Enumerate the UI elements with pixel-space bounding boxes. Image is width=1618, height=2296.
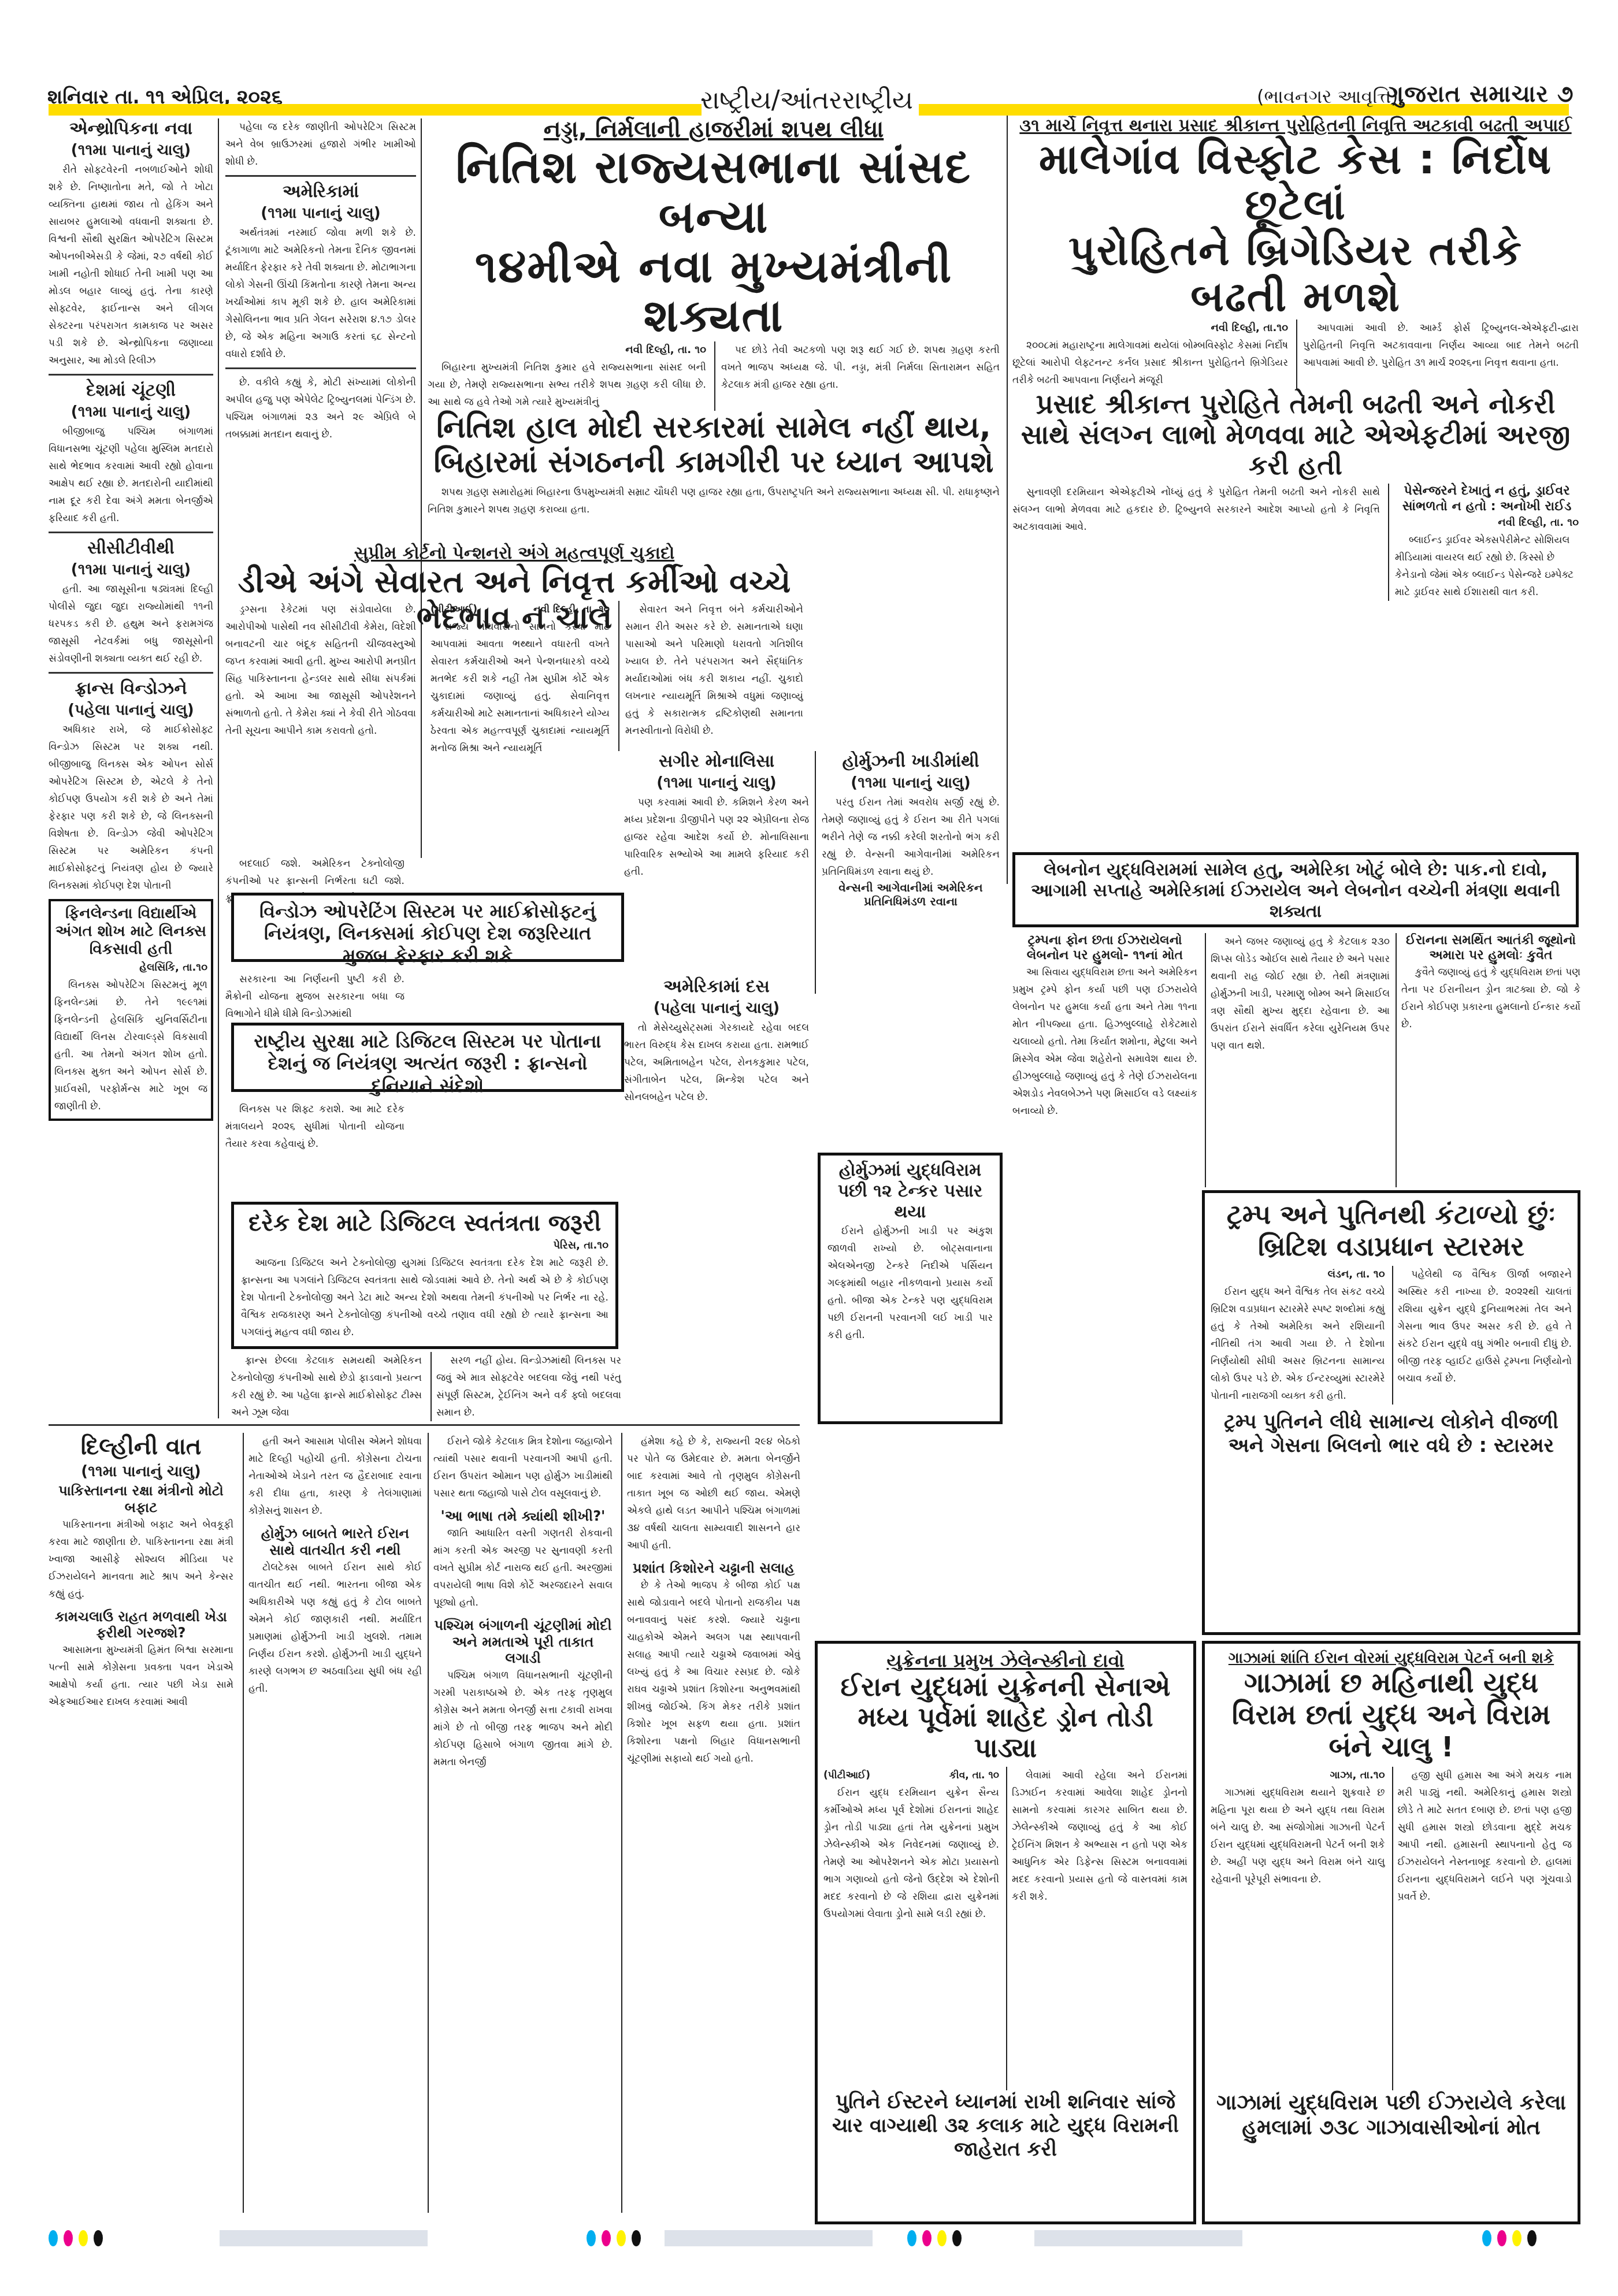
drugs-column: ડ્રગ્સના રેકેટમાં પણ સંડોવાયેલા છે. આરોપ… xyxy=(225,601,416,849)
zelensky-headline: ઈરાન યુદ્ધમાં યુક્રેનની સેનાએ મધ્ય પૂર્વ… xyxy=(823,1671,1187,1763)
zelensky-body-b: લેવામાં આવી રહેલા અને ઈરાનમાં ડિઝાઈન કરવ… xyxy=(1012,1767,1187,1905)
delhi-body-7: પશ્ચિમ બંગાળ વિધાનસભાની ચૂંટણીની ગરમી પર… xyxy=(433,1667,613,1771)
lebanon-sub-1: ટ્રમ્પના ફોન છતા ઈઝરાયેલનો લેબનોન પર હુમ… xyxy=(1012,933,1197,964)
edition-label: (ભાવનગર આવૃત્તિ) xyxy=(1257,86,1398,108)
france-windows-body: અધિકાર રાખે, જે માઈક્રોસોફ્ટ વિન્ડોઝ સિસ… xyxy=(49,721,213,894)
digital-freedom-box: દરેક દેશ માટે ડિજિટલ સ્વતંત્રતા જરૂરી પે… xyxy=(231,1202,618,1349)
delhi-title: દિલ્હીની વાત xyxy=(49,1433,233,1461)
malegaon-story: ૩૧ માર્ચે નિવૃત્ત થનારા પ્રસાદ શ્રીકાન્ત… xyxy=(1012,116,1579,601)
sagir-body: પણ કરવામાં આવી છે. કમિશને કેરળ અને મધ્ય … xyxy=(624,794,809,880)
malegaon-body-a: ૨૦૦૮માં મહારાષ્ટ્રના માલેગાવમાં થયેલાં બ… xyxy=(1012,337,1288,389)
zelensky-agency: (પીટીઆઈ) xyxy=(823,1767,870,1784)
tankers-body: ઈરાને હોર્મુઝની ખાડી પર અંકુશ જાળવી રાખ્… xyxy=(827,1223,993,1344)
malegaon-subheadline: પ્રસાદ શ્રીકાન્ત પુરોહિતે તેમની બઢતી અને… xyxy=(1012,389,1579,481)
france-text-d: ફ્રાન્સ છેલ્લા કેટલાક સમયથી અમેરિકન ટેક્… xyxy=(231,1352,422,1421)
elections-continued: (૧૧મા પાનાનું ચાલુ) xyxy=(49,403,213,421)
america-ten-story: અમેરિકામાં દસ (પહેલા પાનાનું ચાલુ) તો મે… xyxy=(624,976,809,1167)
nitish-dateline: નવી દિલ્હી, તા. ૧૦ xyxy=(428,341,706,359)
sc-body-a: રાજ્ય મોંઘવારીનો સામનો કરવા માટે આપવામાં… xyxy=(431,618,610,757)
pilot-title: પેસેન્જરને દેખાતું ન હતું, ડ્રાઈવર સાંભળ… xyxy=(1395,484,1579,514)
freedom-title: દરેક દેશ માટે ડિજિટલ સ્વતંત્રતા જરૂરી xyxy=(241,1209,608,1237)
delhi-body-4: ટોલટેક્સ બાબતે ઈરાન સાથે કોઈ વાતચીત થઈ ન… xyxy=(248,1559,422,1697)
freedom-dateline: પેરિસ, તા.૧૦ xyxy=(241,1237,608,1254)
gaza-body-a: ગાઝામાં યુદ્ધવિરામ થયાને શુક્રવારે છ મહિ… xyxy=(1211,1784,1385,1888)
cctv-body: હતી. આ જાસૂસીના ષડ્યંત્રમાં દિલ્હી પોલીસ… xyxy=(49,581,213,667)
brand-name: ગુજરાત સમાચાર xyxy=(1387,81,1549,107)
america-ten-title: અમેરિકામાં દસ xyxy=(624,976,809,997)
starmer-body-b: પહેલેથી જ વૈશ્વિક ઊર્જા બજારને અસ્થિર કર… xyxy=(1398,1266,1572,1387)
hormuz-body: પરંતુ ઈરાન તેમાં અવરોધ સર્જી રહ્યું છે. … xyxy=(822,794,1000,880)
starmer-box: ટ્રમ્પ અને પુતિનથી કંટાળ્યો છુંઃ બ્રિટિશ… xyxy=(1202,1190,1580,1635)
elections-body: બીજીબાજુ પશ્ચિમ બંગાળમાં વિધાનસભા ચૂંટણી… xyxy=(49,423,213,527)
malegaon-kicker: ૩૧ માર્ચે નિવૃત્ત થનારા પ્રસાદ શ્રીકાન્ત… xyxy=(1012,116,1579,136)
delhi-body-5: ઈરાને જોકે કેટલાક મિત્ર દેશોના જહાજોને ત… xyxy=(433,1433,613,1502)
sc-body-b: સેવારત અને નિવૃત્ત બંને કર્મચારીઓને સમાન… xyxy=(625,601,803,740)
france-windows-continued: (પહેલા પાનાનું ચાલુ) xyxy=(49,701,213,719)
column-rule xyxy=(1007,116,1008,884)
gaza-dateline: ગાઝા, તા.૧૦ xyxy=(1211,1767,1385,1784)
anthropic-body: રીતે સોફ્ટવેરની નબળાઈઓને શોધી શકે છે. નિ… xyxy=(49,161,213,369)
delhi-sub-6: પ્રશાંત કિશોરને ચઢ્ઢાની સલાહ xyxy=(627,1560,800,1577)
delhi-body-2: આસામના મુખ્યમંત્રી હિમંત બિશ્વા સરમાના પ… xyxy=(49,1641,233,1711)
delhi-col-2: હતી અને આસામ પોલીસ એમને શોધવા માટે દિલ્હ… xyxy=(243,1433,422,2213)
france-text-e-body: સરળ નહીં હોય. વિન્ડોઝમાંથી લિનક્સ પર જવુ… xyxy=(436,1352,621,1421)
windows-box: વિન્ડોઝ ઓપરેટિંગ સિસ્ટમ પર માઈક્રોસોફ્ટન… xyxy=(231,893,624,962)
nitish-kicker: નડ્ડા, નિર્મલાની હાજરીમાં શપથ લીધા xyxy=(428,116,1000,143)
masthead-accent-bar-left xyxy=(49,104,702,116)
left-column: એન્થ્રોપિકના નવા (૧૧મા પાનાનું ચાલુ) રીત… xyxy=(49,118,213,1418)
pilot-dateline: નવી દિલ્હી, તા. ૧૦ xyxy=(1395,514,1579,532)
nitish-body-b: પદ છોડે તેવી અટકળો પણ શરૂ થઈ ગઈ છે. શપથ … xyxy=(721,341,1000,393)
hormuz-continued: (૧૧મા પાનાનું ચાલુ) xyxy=(822,774,1000,792)
sc-agency: (પીટીઆઈ) xyxy=(431,601,477,618)
print-strip xyxy=(1034,2230,1242,2246)
column-rule xyxy=(218,118,219,1418)
nitish-subheadline: નિતિશ હાલ મોદી સરકારમાં સામેલ નહીં થાય, … xyxy=(428,411,1000,480)
hormuz-tankers-box: હોર્મુઝમાં યુદ્ધવિરામ પછી ૧૨ ટેન્કર પસાર… xyxy=(818,1153,1003,1424)
zelensky-sub: પુતિને ઈસ્ટરને ધ્યાનમાં રાખી શનિવાર સાંજ… xyxy=(823,2090,1187,2161)
windows-box-title: વિન્ડોઝ ઓપરેટિંગ સિસ્ટમ પર માઈક્રોસોફ્ટન… xyxy=(241,900,614,967)
section-divider xyxy=(49,1424,800,1426)
column-rule xyxy=(421,118,422,858)
cctv-continued: (૧૧મા પાનાનું ચાલુ) xyxy=(49,561,213,578)
delhi-col-1: દિલ્હીની વાત (૧૧મા પાનાનું ચાલુ) પાકિસ્ત… xyxy=(49,1433,233,2213)
print-strip xyxy=(220,2230,428,2246)
starmer-dateline: લંડન, તા. ૧૦ xyxy=(1211,1266,1385,1283)
zelensky-box: યુક્રેનના પ્રમુખ ઝેલેન્સ્કીનો દાવો ઈરાન … xyxy=(815,1641,1196,2224)
america-title: અમેરિકામાં xyxy=(225,181,416,202)
gaza-kicker: ગાઝામાં શાંતિ ઈરાન વોરમાં યુદ્ધવિરામ પેટ… xyxy=(1211,1649,1572,1667)
sagir-continued: (૧૧મા પાનાનું ચાલુ) xyxy=(624,774,809,792)
america-continued: (૧૧મા પાનાનું ચાલુ) xyxy=(225,205,416,222)
security-box-title: રાષ્ટ્રીય સુરક્ષા માટે ડિજિટલ સિસ્ટમ પર … xyxy=(241,1030,614,1097)
delhi-sub-2: કામચલાઉ રાહત મળવાથી ખેડા ફરીથી ગરજશે? xyxy=(49,1608,233,1642)
finland-title: ફિનલેન્ડના વિદ્યાર્થીએ અંગત શોખ માટે લિન… xyxy=(54,905,207,959)
delhi-col-3: ઈરાને જોકે કેટલાક મિત્ર દેશોના જહાજોને ત… xyxy=(428,1433,613,2213)
france-text-b-body: સરકારના આ નિર્ણયની પુષ્ટી કરી છે. મૈક્રો… xyxy=(225,971,404,1023)
france-text-e: સરળ નહીં હોય. વિન્ડોઝમાંથી લિનક્સ પર જવુ… xyxy=(431,1352,621,1421)
starmer-headline: ટ્રમ્પ અને પુતિનથી કંટાળ્યો છુંઃ બ્રિટિશ… xyxy=(1211,1199,1572,1262)
gaza-sub: ગાઝામાં યુદ્ધવિરામ પછી ઈઝરાયેલે કરેલા હુ… xyxy=(1211,2090,1572,2140)
malegaon-dateline: નવી દિલ્હી, તા.૧૦ xyxy=(1012,319,1288,337)
anthropic-continued: (૧૧મા પાનાનું ચાલુ) xyxy=(49,142,213,159)
nitish-story: નડ્ડા, નિર્મલાની હાજરીમાં શપથ લીધા નિતિશ… xyxy=(428,116,1000,518)
vote-text: છે. વકીલે કહ્યું કે, મોટી સંખ્યામાં લોકો… xyxy=(225,374,416,443)
nitish-body-c: શપથ ગ્રહણ સમારોહમાં બિહારના ઉપમુખ્યમંત્ર… xyxy=(428,484,1000,518)
delhi-col-4: હંમેશા કહે છે કે, રાજ્યની ૨૯૪ બેઠકો પર પ… xyxy=(621,1433,800,2213)
lebanon-sub-2: ઈરાનના સમર્થિત આતંકી જૂથોનો અમારા પર હુમ… xyxy=(1401,933,1580,964)
anthropic-title: એન્થ્રોપિકના નવા xyxy=(49,118,213,139)
finland-dateline: હેલસિંકિ, તા.૧૦ xyxy=(54,959,207,976)
sagir-title: સગીર મોનાલિસા xyxy=(624,751,809,772)
israel-lebanon-box: લેબનોન યુદ્ધવિરામમાં સામેલ હતુ, અમેરિકા … xyxy=(1012,852,1579,927)
delhi-body-1: પાકિસ્તાનના મંત્રીઓ બફાટ અને બેવકૂફી કરવ… xyxy=(49,1516,233,1603)
starmer-sub: ટ્રમ્પ પુતિનને લીધે સામાન્ય લોકોને વીજળી… xyxy=(1211,1410,1572,1458)
delhi-body-6: જાતિ આધારિત વસ્તી ગણતરી રોકવાની માંગ કરત… xyxy=(433,1525,613,1611)
security-intro: પહેલા જ દરેક જાણીતી ઓપરેટિંગ સિસ્ટમ અને … xyxy=(225,118,416,170)
delhi-body-9: છે કે તેઓ ભાજપ કે બીજા કોઈ પક્ષ સાથે જોડ… xyxy=(627,1577,800,1767)
delhi-body-3: હતી અને આસામ પોલીસ એમને શોધવા માટે દિલ્હ… xyxy=(248,1433,422,1519)
lebanon-col-c: ઈરાનના સમર્થિત આતંકી જૂથોનો અમારા પર હુમ… xyxy=(1396,933,1580,1187)
delhi-sub-4: 'આ ભાષા તમે ક્યાંથી શીખી?' xyxy=(433,1508,613,1525)
freedom-body: આજના ડિજિટલ અને ટેક્નોલોજી યુગમાં ડિજિટલ… xyxy=(241,1254,608,1341)
registration-marks xyxy=(587,2230,641,2246)
delhi-sub-5: પશ્ચિમ બંગાળની ચૂંટણીમાં મોદી અને મમતાએ … xyxy=(433,1617,613,1667)
hormuz-title: હોર્મુઝની ખાડીમાંથી xyxy=(822,751,1000,772)
sc-col-b: સેવારત અને નિવૃત્ત બંને કર્મચારીઓને સમાન… xyxy=(618,601,803,751)
print-strip xyxy=(665,2230,873,2246)
lebanon-body-3: કુવૈતે જણાવ્યું હતું કે યુદ્ધવિરામ છતાં … xyxy=(1401,964,1580,1033)
nitish-headline-1: નિતિશ રાજ્યસભાના સાંસદ બન્યા xyxy=(428,143,1000,243)
section-title: રાષ્ટ્રીય/આંતરરાષ્ટ્રીય xyxy=(700,86,913,115)
nitish-headline-2: ૧૪મીએ નવા મુખ્યમંત્રીની શક્યતા xyxy=(428,243,1000,342)
security-box: રાષ્ટ્રીય સુરક્ષા માટે ડિજિટલ સિસ્ટમ પર … xyxy=(231,1023,624,1092)
finland-box: ફિનલેન્ડના વિદ્યાર્થીએ અંગત શોખ માટે લિન… xyxy=(49,899,213,1121)
delhi-sub-3: હોર્મુઝ બાબતે ભારતે ઈરાન સાથે વાતચીત કરી… xyxy=(248,1525,422,1559)
registration-marks xyxy=(1482,2230,1537,2246)
nitish-body-a: બિહારના મુખ્યમંત્રી નિતિશ કુમાર હવે રાજ્… xyxy=(428,359,706,411)
malegaon-body-b: આપવામાં આવી છે. આર્મ્ડ ફોર્સ ટ્રિબ્યુનલ-… xyxy=(1303,319,1579,371)
gaza-body-b: હજી સુધી હમાસ આ અંગે મચક નામ મરી પાડ્યું… xyxy=(1398,1767,1572,1905)
finland-body: લિનક્સ ઓપરેટિંગ સિસ્ટમનું મૂળ ફિનલેન્ડમા… xyxy=(54,976,207,1115)
zelensky-kicker: યુક્રેનના પ્રમુખ ઝેલેન્સ્કીનો દાવો xyxy=(823,1649,1187,1671)
pilot-sidebar: પેસેન્જરને દેખાતું ન હતું, ડ્રાઈવર સાંભળ… xyxy=(1388,484,1579,601)
masthead: શનિવાર તા. ૧૧ એપ્રિલ, ૨૦૨૬ રાષ્ટ્રીય/આંત… xyxy=(0,68,1618,114)
newspaper-brand: ગુજરાત સમાચાર ૭ xyxy=(1387,81,1574,107)
lebanon-col-a: ટ્રમ્પના ફોન છતા ઈઝરાયેલનો લેબનોન પર હુમ… xyxy=(1012,933,1197,1372)
america-column: પહેલા જ દરેક જાણીતી ઓપરેટિંગ સિસ્ટમ અને … xyxy=(225,118,416,569)
sagir-story: સગીર મોનાલિસા (૧૧મા પાનાનું ચાલુ) પણ કરવ… xyxy=(624,751,809,971)
hormuz-story: હોર્મુઝની ખાડીમાંથી (૧૧મા પાનાનું ચાલુ) … xyxy=(815,751,1000,994)
gaza-box: ગાઝામાં શાંતિ ઈરાન વોરમાં યુદ્ધવિરામ પેટ… xyxy=(1202,1641,1580,2224)
zelensky-body-a: ઈરાન યુદ્ધ દરમિયાન યુક્રેન સૈન્ય કર્મીઓએ… xyxy=(823,1784,999,1923)
france-windows-title: ફ્રાન્સ વિન્ડોઝને xyxy=(49,678,213,699)
malegaon-headline-2: પુરોહિતને બ્રિગેડિયર તરીકે બઢતી મળશે xyxy=(1012,228,1579,319)
elections-title: દેશમાં ચૂંટણી xyxy=(49,380,213,401)
lebanon-body-1: આ સિવાય યુદ્ધવિરામ છતા અને અમેરિકન પ્રમુ… xyxy=(1012,964,1197,1120)
france-text-b: સરકારના આ નિર્ણયની પુષ્ટી કરી છે. મૈક્રો… xyxy=(225,971,404,1023)
america-body: અર્થતંત્રમાં નરમાઈ જોવા મળી શકે છે. ટૂંક… xyxy=(225,224,416,363)
sc-kicker: સુપ્રીમ કોર્ટનો પેન્શનરો અંગે મહત્વપૂર્ણ… xyxy=(225,543,803,564)
vance-subhead: વેન્સની આગેવાનીમાં અમેરિકન પ્રતિનિધિમંડળ… xyxy=(822,880,1000,908)
delhi-continued: (૧૧મા પાનાનું ચાલુ) xyxy=(49,1463,233,1480)
malegaon-headline-1: માલેગાંવ વિસ્ફોટ કેસ : નિર્દોષ છૂટેલાં xyxy=(1012,136,1579,228)
sc-dateline: નવી દિલ્હી, તા. ૧૦ xyxy=(533,601,610,618)
zelensky-dateline: કીવ, તા. ૧૦ xyxy=(949,1767,999,1784)
france-text-c-body: લિનક્સ પર શિફ્ટ કરાશે. આ માટે દરેક મંત્ર… xyxy=(225,1101,404,1153)
registration-marks xyxy=(907,2230,962,2246)
starmer-body-a: ઈરાન યુદ્ધ અને વૈશ્વિક તેલ સંકટ વચ્ચે બ્… xyxy=(1211,1283,1385,1405)
delhi-sub-1: પાકિસ્તાનના રક્ષા મંત્રીનો મોટો બફાટ xyxy=(49,1483,233,1516)
drugs-text: ડ્રગ્સના રેકેટમાં પણ સંડોવાયેલા છે. આરોપ… xyxy=(225,601,416,740)
pilot-body: બ્લાઈન્ડ ડ્રાઈવર એક્સપેરીમેન્ટ સોશિયલ મી… xyxy=(1395,532,1579,601)
lebanon-col-b: અને જબર જણાવ્યું હતુ કે કેટલાક ૨૩૦ શિપ્સ… xyxy=(1205,933,1390,1187)
page-number: ૭ xyxy=(1557,81,1574,107)
israel-lebanon-headline: લેબનોન યુદ્ધવિરામમાં સામેલ હતુ, અમેરિકા … xyxy=(1022,860,1569,922)
delhi-body-8: હંમેશા કહે છે કે, રાજ્યની ૨૯૪ બેઠકો પર પ… xyxy=(627,1433,800,1554)
america-ten-body: તો મેસેચ્યુસેટ્સમાં ગેરકાયદે રહેવા બદલ ભ… xyxy=(624,1019,809,1106)
gaza-headline: ગાઝામાં છ મહિનાથી યુદ્ધ વિરામ છતાં યુદ્ધ… xyxy=(1211,1667,1572,1763)
sc-col-a: (પીટીઆઈ)નવી દિલ્હી, તા. ૧૦ રાજ્ય મોંઘવાર… xyxy=(431,601,610,849)
america-ten-continued: (પહેલા પાનાનું ચાલુ) xyxy=(624,1000,809,1017)
cctv-title: સીસીટીવીથી xyxy=(49,538,213,559)
tankers-title: હોર્મુઝમાં યુદ્ધવિરામ પછી ૧૨ ટેન્કર પસાર… xyxy=(827,1160,993,1223)
malegaon-body-c: સુનાવણી દરમિયાન એએફટીએ નોંધ્યું હતું કે … xyxy=(1012,484,1380,601)
france-text-d-body: ફ્રાન્સ છેલ્લા કેટલાક સમયથી અમેરિકન ટેક્… xyxy=(231,1352,422,1421)
france-text-c: લિનક્સ પર શિફ્ટ કરાશે. આ માટે દરેક મંત્ર… xyxy=(225,1101,404,1205)
registration-marks xyxy=(49,2230,103,2246)
lebanon-body-2: અને જબર જણાવ્યું હતુ કે કેટલાક ૨૩૦ શિપ્સ… xyxy=(1211,933,1390,1054)
